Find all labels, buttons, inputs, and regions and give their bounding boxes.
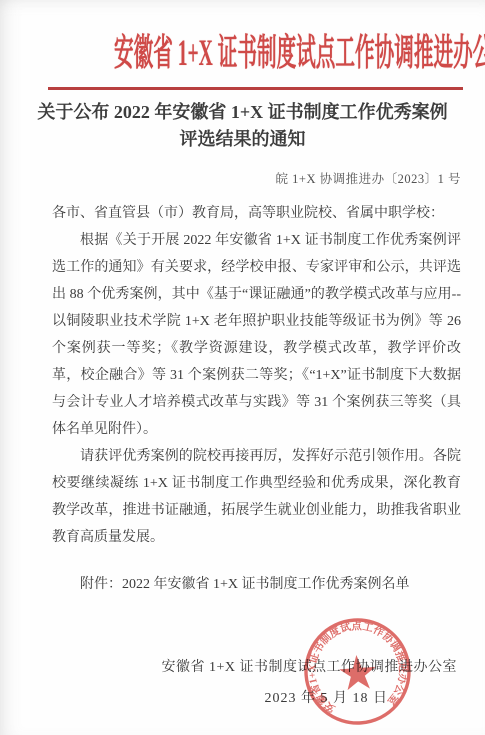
document-number: 皖 1+X 协调推进办〔2023〕1 号 xyxy=(276,169,461,187)
attachment-line: 附件：2022 年安徽省 1+X 证书制度工作优秀案例名单 xyxy=(52,571,461,598)
document-title: 关于公布 2022 年安徽省 1+X 证书制度工作优秀案例 评选结果的通知 xyxy=(0,99,485,153)
star-icon xyxy=(338,654,377,691)
letterhead-divider xyxy=(48,87,463,90)
document-title-line1: 关于公布 2022 年安徽省 1+X 证书制度工作优秀案例 xyxy=(0,99,485,126)
document-page: 安徽省 1+X 证书制度试点工作协调推进办公室 关于公布 2022 年安徽省 1… xyxy=(0,0,485,735)
body-paragraph-1: 根据《关于开展 2022 年安徽省 1+X 证书制度工作优秀案例评选工作的通知》… xyxy=(52,227,461,443)
official-seal: 安徽省1+X证书制度试点工作协调推进办公室 xyxy=(293,607,422,735)
document-body: 各市、省直管县（市）教育局，高等职业院校、省属中职学校： 根据《关于开展 202… xyxy=(52,200,461,598)
official-seal-graphic: 安徽省1+X证书制度试点工作协调推进办公室 xyxy=(293,607,422,735)
body-paragraph-2: 请获评优秀案例的院校再接再厉，发挥好示范引领作用。各院校要继续凝练 1+X 证书… xyxy=(52,443,461,551)
document-title-line2: 评选结果的通知 xyxy=(0,126,485,153)
letterhead-org-name: 安徽省 1+X 证书制度试点工作协调推进办公室 xyxy=(114,22,371,76)
salutation: 各市、省直管县（市）教育局，高等职业院校、省属中职学校： xyxy=(52,200,461,227)
